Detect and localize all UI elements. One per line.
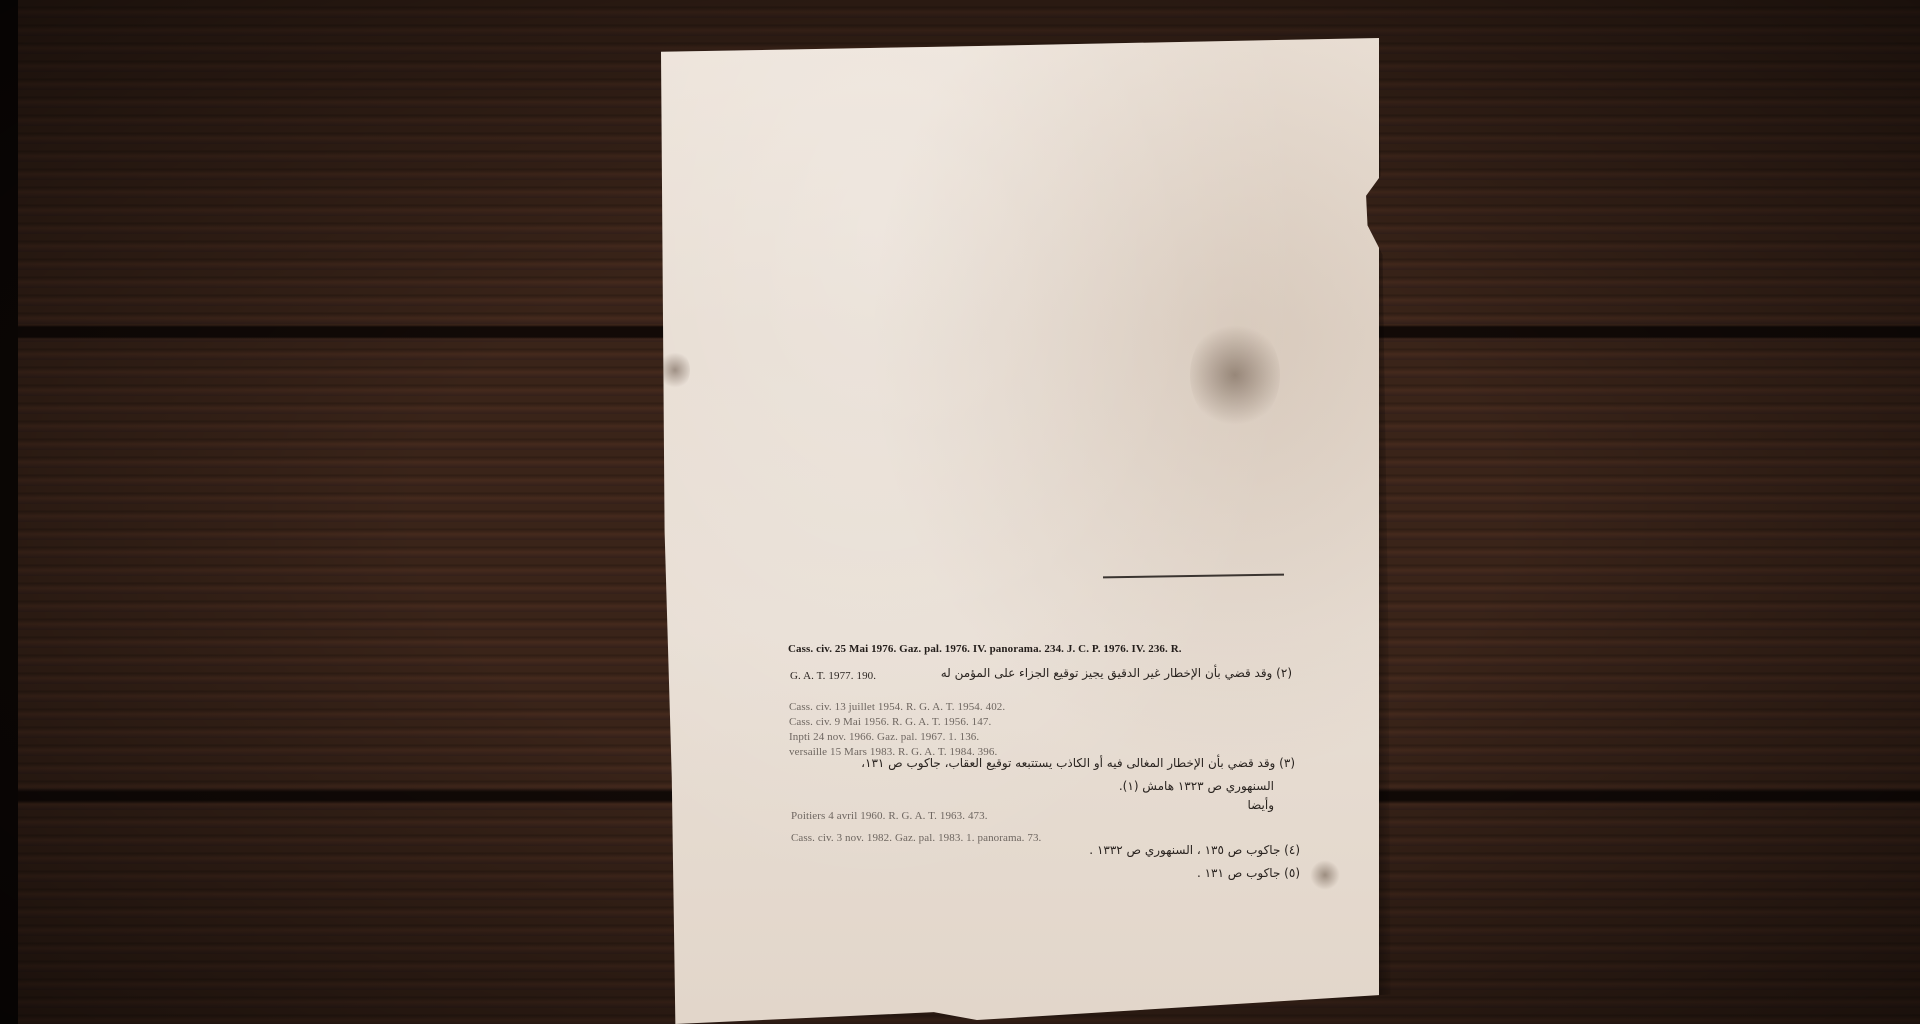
citation-line: Cass. civ. 9 Mai 1956. R. G. A. T. 1956.… [789,716,991,728]
citation-line: Cass. civ. 3 nov. 1982. Gaz. pal. 1983. … [791,832,1041,844]
paper-stain [1190,320,1280,430]
arabic-footnote-4: (٤) جاكوب ص ١٣٥ ، السنهوري ص ١٣٣٢ . [1089,843,1300,857]
arabic-footnote-3: (٣) وقد قضي بأن الإخطار المغالى فيه أو ا… [861,756,1295,770]
citation-line: Poitiers 4 avril 1960. R. G. A. T. 1963.… [791,810,988,822]
arabic-footnote-3-also: وأيضا [1247,798,1274,812]
citation-line: Cass. civ. 25 Mai 1976. Gaz. pal. 1976. … [788,643,1182,655]
paper-stain [1310,860,1340,890]
citation-line: Inpti 24 nov. 1966. Gaz. pal. 1967. 1. 1… [789,731,979,743]
arabic-footnote-3-cont: السنهوري ص ١٣٢٣ هامش (١). [1119,779,1274,793]
citation-line: G. A. T. 1977. 190. [790,670,876,682]
arabic-footnote-5: (٥) جاكوب ص ١٣١ . [1197,866,1300,880]
arabic-footnote-2: (٢) وقد قضي بأن الإخطار غير الدقيق يجيز … [941,666,1292,680]
citation-line: Cass. civ. 13 juillet 1954. R. G. A. T. … [789,701,1005,713]
paper-stain [660,350,690,390]
